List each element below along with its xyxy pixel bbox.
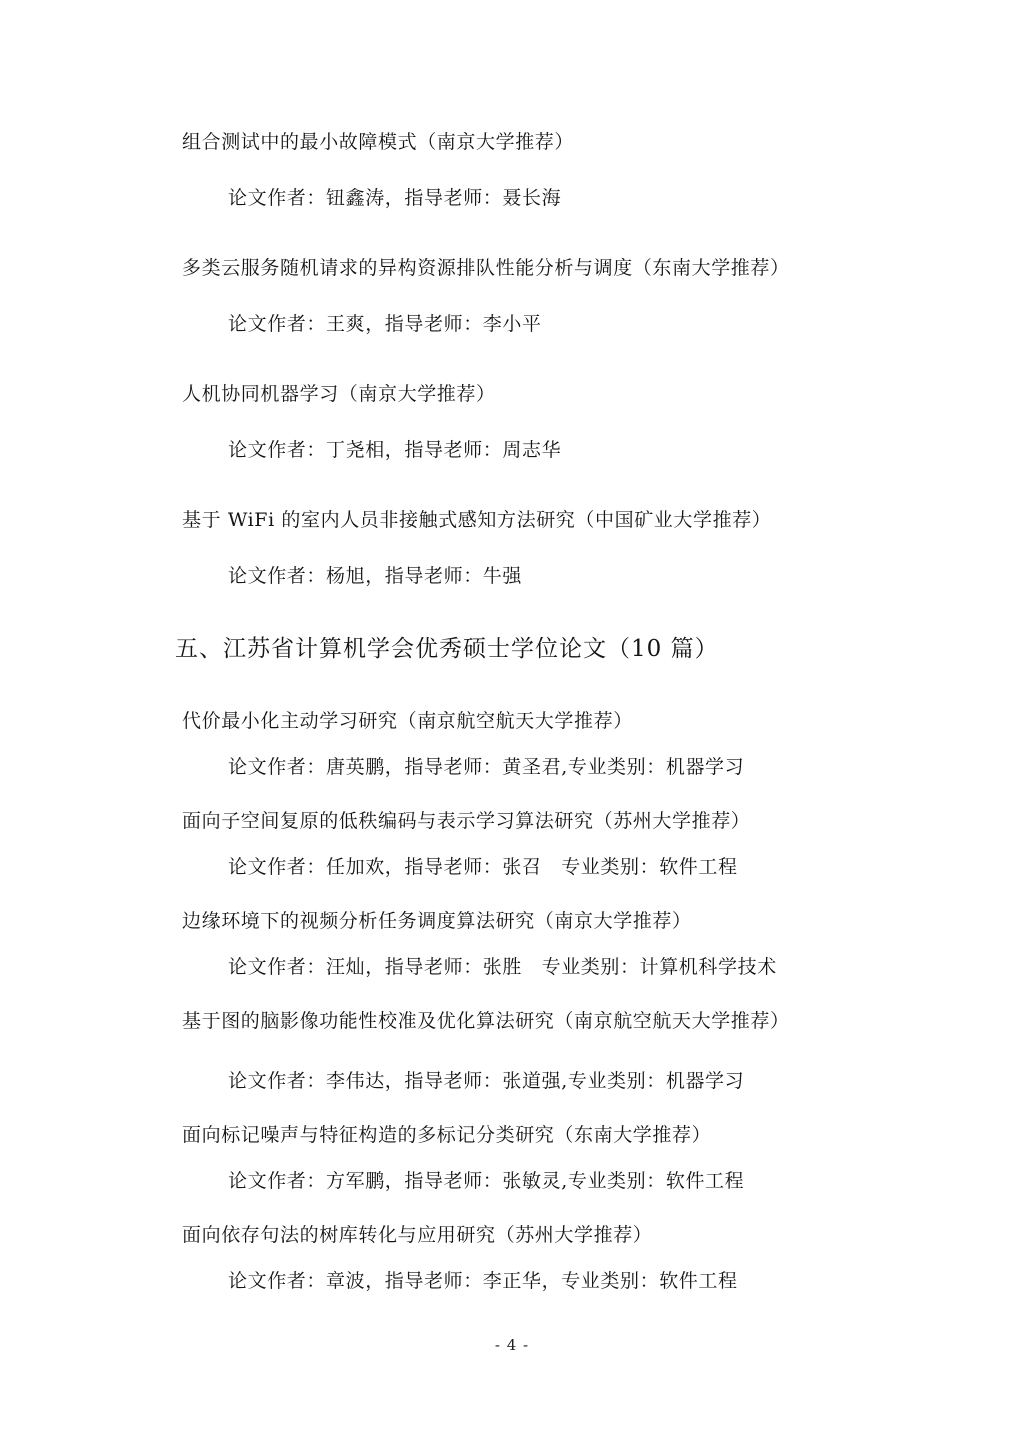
thesis-author-line: 论文作者：丁尧相，指导老师：周志华 [182, 438, 964, 462]
thesis-title: 面向标记噪声与特征构造的多标记分类研究（东南大学推荐） [182, 1123, 964, 1147]
thesis-author-line: 论文作者：王爽，指导老师：李小平 [182, 312, 964, 336]
thesis-title: 基于图的脑影像功能性校准及优化算法研究（南京航空航天大学推荐） [182, 1009, 964, 1033]
thesis-title: 人机协同机器学习（南京大学推荐） [182, 382, 964, 406]
thesis-author-line: 论文作者：钮鑫涛，指导老师：聂长海 [182, 186, 964, 210]
thesis-entry: 人机协同机器学习（南京大学推荐） 论文作者：丁尧相，指导老师：周志华 [182, 382, 964, 462]
thesis-entry: 面向标记噪声与特征构造的多标记分类研究（东南大学推荐） 论文作者：方军鹏，指导老… [182, 1123, 964, 1193]
thesis-entry: 多类云服务随机请求的异构资源排队性能分析与调度（东南大学推荐） 论文作者：王爽，… [182, 256, 964, 336]
thesis-entry: 组合测试中的最小故障模式（南京大学推荐） 论文作者：钮鑫涛，指导老师：聂长海 [182, 130, 964, 210]
thesis-author-line: 论文作者：李伟达，指导老师：张道强,专业类别：机器学习 [182, 1069, 964, 1093]
thesis-author-line: 论文作者：章波，指导老师：李正华，专业类别：软件工程 [182, 1269, 964, 1293]
thesis-entry: 基于图的脑影像功能性校准及优化算法研究（南京航空航天大学推荐） 论文作者：李伟达… [182, 1009, 964, 1093]
section-heading: 五、江苏省计算机学会优秀硕士学位论文（10 篇） [175, 634, 964, 664]
thesis-entry: 边缘环境下的视频分析任务调度算法研究（南京大学推荐） 论文作者：汪灿，指导老师：… [182, 909, 964, 979]
thesis-title: 多类云服务随机请求的异构资源排队性能分析与调度（东南大学推荐） [182, 256, 964, 280]
thesis-author-line: 论文作者：任加欢，指导老师：张召 专业类别：软件工程 [182, 855, 964, 879]
thesis-title: 面向子空间复原的低秩编码与表示学习算法研究（苏州大学推荐） [182, 809, 964, 833]
thesis-title: 基于 WiFi 的室内人员非接触式感知方法研究（中国矿业大学推荐） [182, 508, 964, 532]
thesis-entry: 面向依存句法的树库转化与应用研究（苏州大学推荐） 论文作者：章波，指导老师：李正… [182, 1223, 964, 1293]
thesis-title: 面向依存句法的树库转化与应用研究（苏州大学推荐） [182, 1223, 964, 1247]
thesis-entry: 基于 WiFi 的室内人员非接触式感知方法研究（中国矿业大学推荐） 论文作者：杨… [182, 508, 964, 588]
thesis-author-line: 论文作者：唐英鹏，指导老师：黄圣君,专业类别：机器学习 [182, 755, 964, 779]
document-page: 组合测试中的最小故障模式（南京大学推荐） 论文作者：钮鑫涛，指导老师：聂长海 多… [0, 0, 1024, 1448]
thesis-title: 代价最小化主动学习研究（南京航空航天大学推荐） [182, 709, 964, 733]
thesis-title: 组合测试中的最小故障模式（南京大学推荐） [182, 130, 964, 154]
thesis-author-line: 论文作者：方军鹏，指导老师：张敏灵,专业类别：软件工程 [182, 1169, 964, 1193]
thesis-entry: 面向子空间复原的低秩编码与表示学习算法研究（苏州大学推荐） 论文作者：任加欢，指… [182, 809, 964, 879]
thesis-author-line: 论文作者：杨旭，指导老师：牛强 [182, 564, 964, 588]
thesis-title: 边缘环境下的视频分析任务调度算法研究（南京大学推荐） [182, 909, 964, 933]
thesis-entry: 代价最小化主动学习研究（南京航空航天大学推荐） 论文作者：唐英鹏，指导老师：黄圣… [182, 709, 964, 779]
page-number: - 4 - [0, 1336, 1024, 1354]
thesis-author-line: 论文作者：汪灿，指导老师：张胜 专业类别：计算机科学技术 [182, 955, 964, 979]
